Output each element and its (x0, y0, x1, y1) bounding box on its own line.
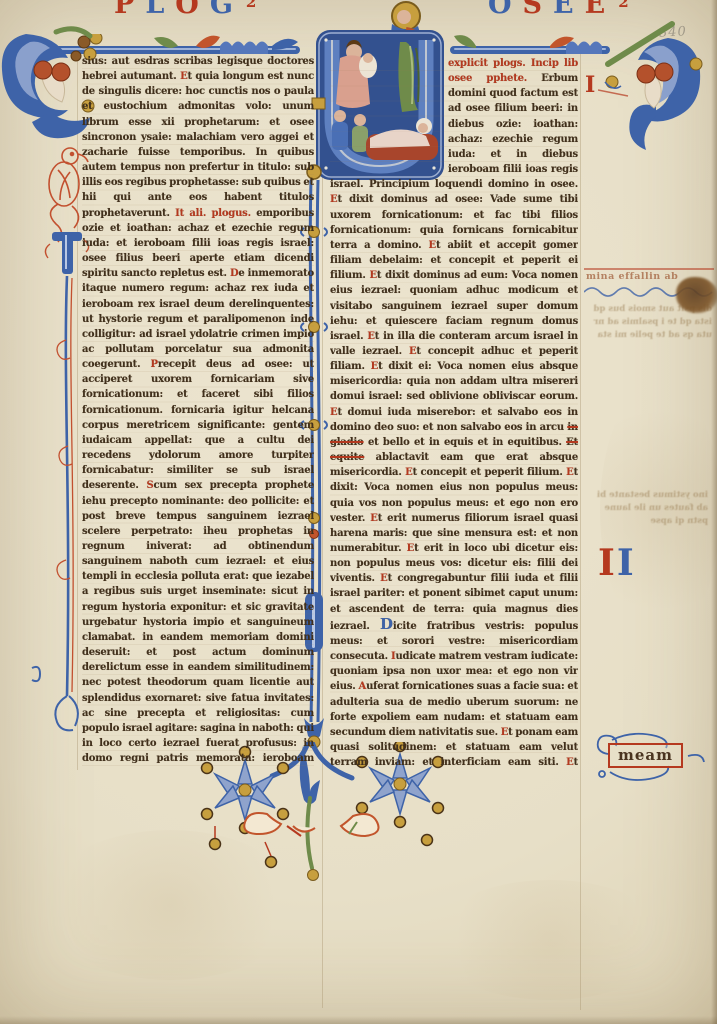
chapter-numeral-2: II (598, 545, 636, 581)
berry-icon (637, 65, 655, 83)
left-text-column: sius: aut esdras scribas legisque doctor… (82, 54, 314, 766)
gold-bezant-icon (690, 58, 702, 70)
leaf-icon (272, 39, 298, 50)
berry-icon (34, 61, 52, 79)
running-header-left: PLOG2 (114, 0, 256, 18)
parchment-mottling (40, 830, 300, 980)
ruling-line (77, 48, 78, 770)
initial-spacer (330, 56, 448, 176)
penwork-curl-icon (603, 78, 623, 94)
running-header-right: OSEE2 (488, 0, 629, 18)
ruling-line (322, 50, 323, 1008)
wave-crest-icon (220, 42, 268, 55)
catchword-text: meam (608, 743, 683, 768)
berry-icon (52, 63, 70, 81)
penwork-curl-icon (57, 340, 72, 579)
showthrough-text: ino ystimus bestante bi ab fautes un ile… (580, 489, 708, 528)
scroll-flourish-icon (244, 813, 378, 836)
leaf-icon (454, 35, 476, 48)
wave-crest-icon (566, 42, 602, 55)
gold-bezant-icon (308, 870, 319, 881)
page-edge-shadow (0, 1016, 717, 1024)
leaf-icon (196, 36, 220, 48)
leaf-icon (550, 37, 574, 48)
parchment-mottling (430, 880, 670, 1000)
penwork-terminal-icon (32, 667, 78, 730)
berry-icon (655, 63, 673, 81)
ruling-line (580, 48, 581, 1010)
folio-number: 340 (659, 24, 688, 40)
manuscript-page: PLOG2 OSEE2 340 (0, 0, 717, 1024)
chapter-numeral-1: I (585, 74, 623, 96)
red-pen-line (584, 268, 714, 270)
right-text-column: Vexplicit plogs. Incip lib osee pphete. … (330, 56, 578, 766)
leaf-icon (154, 37, 178, 48)
catchword-frame: meam (592, 728, 708, 786)
haloed-prophet-icon (390, 2, 422, 44)
page-edge-shadow (711, 0, 717, 1024)
